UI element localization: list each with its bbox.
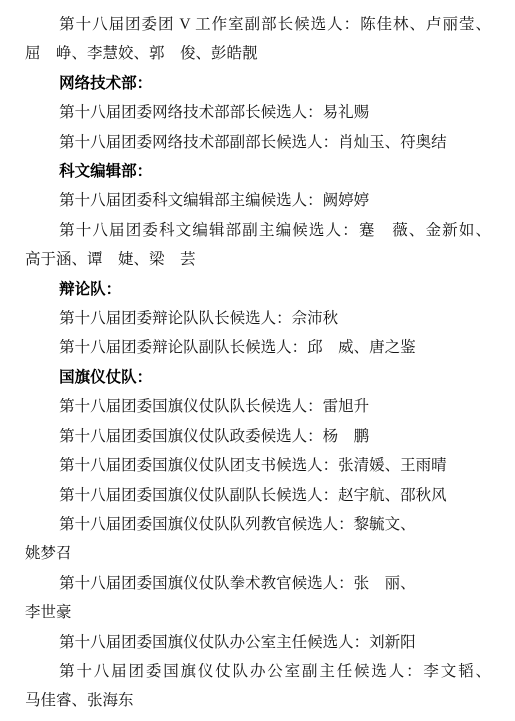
- text-line: 第十八届团委国旗仪仗队队列教官候选人：黎毓文、: [25, 510, 491, 539]
- section-heading: 国旗仪仗队：: [25, 363, 491, 392]
- entry-paragraph: 第十八届团委国旗仪仗队团支书候选人：张清媛、王雨晴: [25, 451, 491, 480]
- text-line: 第十八届团委网络技术部副部长候选人：肖灿玉、符奥结: [25, 128, 491, 157]
- text-line: 网络技术部：: [25, 69, 491, 98]
- text-line: 第十八届团委辩论队副队长候选人：邱 威、唐之鉴: [25, 333, 491, 362]
- text-line: 姚梦召: [25, 539, 491, 568]
- text-line: 马佳睿、张海东: [25, 686, 491, 715]
- entry-paragraph: 第十八届团委国旗仪仗队办公室副主任候选人：李文韬、马佳睿、张海东: [25, 657, 491, 716]
- text-line: 第十八届团委国旗仪仗队副队长候选人：赵宇航、邵秋风: [25, 481, 491, 510]
- text-line: 国旗仪仗队：: [25, 363, 491, 392]
- entry-paragraph: 第十八届团委辩论队副队长候选人：邱 威、唐之鉴: [25, 333, 491, 362]
- text-line: 第十八届团委国旗仪仗队办公室副主任候选人：李文韬、: [25, 657, 491, 686]
- text-line: 高于涵、谭 婕、梁 芸: [25, 245, 491, 274]
- section-heading: 网络技术部：: [25, 69, 491, 98]
- text-line: 李世豪: [25, 598, 491, 627]
- document-page: 第十八届团委团 V 工作室副部长候选人：陈佳林、卢丽莹、屈 峥、李慧姣、郭 俊、…: [0, 0, 515, 721]
- entry-paragraph: 第十八届团委国旗仪仗队政委候选人：杨 鹏: [25, 422, 491, 451]
- entry-paragraph: 第十八届团委科文编辑部副主编候选人：蹇 薇、金新如、高于涵、谭 婕、梁 芸: [25, 216, 491, 275]
- entry-paragraph: 第十八届团委国旗仪仗队队长候选人：雷旭升: [25, 392, 491, 421]
- entry-paragraph: 第十八届团委国旗仪仗队拳术教官候选人：张 丽、李世豪: [25, 569, 491, 628]
- text-line: 第十八届团委国旗仪仗队办公室主任候选人：刘新阳: [25, 628, 491, 657]
- text-line: 第十八届团委科文编辑部副主编候选人：蹇 薇、金新如、: [25, 216, 491, 245]
- entry-paragraph: 第十八届团委网络技术部部长候选人：易礼赐: [25, 98, 491, 127]
- entry-paragraph: 第十八届团委国旗仪仗队副队长候选人：赵宇航、邵秋风: [25, 481, 491, 510]
- entry-paragraph: 第十八届团委团 V 工作室副部长候选人：陈佳林、卢丽莹、屈 峥、李慧姣、郭 俊、…: [25, 10, 491, 69]
- text-line: 第十八届团委国旗仪仗队政委候选人：杨 鹏: [25, 422, 491, 451]
- text-line: 屈 峥、李慧姣、郭 俊、彭皓靓: [25, 39, 491, 68]
- entry-paragraph: 第十八届团委辩论队队长候选人：佘沛秋: [25, 304, 491, 333]
- text-line: 第十八届团委科文编辑部主编候选人：阙婷婷: [25, 186, 491, 215]
- entry-paragraph: 第十八届团委国旗仪仗队办公室主任候选人：刘新阳: [25, 628, 491, 657]
- text-line: 第十八届团委国旗仪仗队队长候选人：雷旭升: [25, 392, 491, 421]
- entry-paragraph: 第十八届团委网络技术部副部长候选人：肖灿玉、符奥结: [25, 128, 491, 157]
- section-heading: 辩论队：: [25, 275, 491, 304]
- text-line: 第十八届团委国旗仪仗队拳术教官候选人：张 丽、: [25, 569, 491, 598]
- text-line: 第十八届团委团 V 工作室副部长候选人：陈佳林、卢丽莹、: [25, 10, 491, 39]
- text-line: 第十八届团委国旗仪仗队团支书候选人：张清媛、王雨晴: [25, 451, 491, 480]
- text-line: 科文编辑部：: [25, 157, 491, 186]
- text-line: 第十八届团委网络技术部部长候选人：易礼赐: [25, 98, 491, 127]
- text-line: 第十八届团委辩论队队长候选人：佘沛秋: [25, 304, 491, 333]
- entry-paragraph: 第十八届团委国旗仪仗队队列教官候选人：黎毓文、姚梦召: [25, 510, 491, 569]
- text-line: 辩论队：: [25, 275, 491, 304]
- entry-paragraph: 第十八届团委科文编辑部主编候选人：阙婷婷: [25, 186, 491, 215]
- document-body: 第十八届团委团 V 工作室副部长候选人：陈佳林、卢丽莹、屈 峥、李慧姣、郭 俊、…: [25, 10, 491, 716]
- section-heading: 科文编辑部：: [25, 157, 491, 186]
